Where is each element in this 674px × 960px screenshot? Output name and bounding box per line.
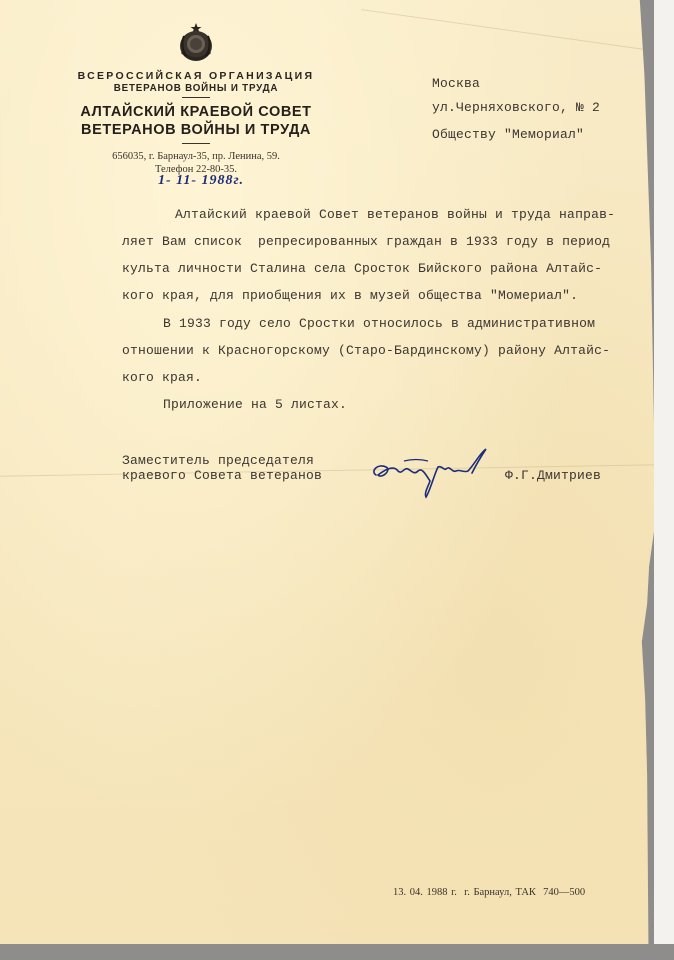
postal-address: 656035, г. Барнаул-35, пр. Ленина, 59.	[60, 150, 332, 163]
signatory-title-line2: краевого Совета ветеранов	[122, 468, 322, 483]
council-name: АЛТАЙСКИЙ КРАЕВОЙ СОВЕТ ВЕТЕРАНОВ ВОЙНЫ …	[60, 103, 332, 139]
recipient-city: Москва	[432, 76, 480, 91]
signatory-title: Заместитель председателя краевого Совета…	[122, 453, 322, 483]
council-name-line1: АЛТАЙСКИЙ КРАЕВОЙ СОВЕТ	[60, 103, 332, 121]
divider	[182, 97, 210, 98]
document-page: ВСЕРОССИЙСКАЯ ОРГАНИЗАЦИЯ ВЕТЕРАНОВ ВОЙН…	[0, 0, 663, 944]
scan-margin	[654, 0, 674, 944]
body-line: Алтайский краевой Совет ветеранов войны …	[175, 207, 615, 222]
divider	[182, 143, 210, 144]
body-line: кого края, для приобщения их в музей общ…	[122, 288, 578, 303]
signatory-name: Ф.Г.Дмитриев	[505, 468, 601, 483]
handwritten-signature-icon	[368, 445, 493, 500]
organization-name: ВСЕРОССИЙСКАЯ ОРГАНИЗАЦИЯ	[60, 70, 332, 82]
signatory-title-line1: Заместитель председателя	[122, 453, 322, 468]
body-line: кого края.	[122, 370, 202, 385]
body-line: культа личности Сталина села Сросток Бий…	[122, 261, 602, 276]
ussr-state-emblem-icon	[176, 22, 216, 66]
recipient-street: ул.Черняховского, № 2	[432, 100, 600, 115]
council-name-line2: ВЕТЕРАНОВ ВОЙНЫ И ТРУДА	[60, 121, 332, 139]
body-line: В 1933 году село Сростки относилось в ад…	[163, 316, 595, 331]
body-line: отношении к Красногорскому (Старо-Бардин…	[122, 343, 610, 358]
attachment-note: Приложение на 5 листах.	[163, 397, 347, 412]
handwritten-date: 1- 11- 1988г.	[158, 173, 244, 189]
paper-crease	[361, 9, 658, 52]
print-info: 13. 04. 1988 г. г. Барнаул, ТАК 740—500	[393, 887, 585, 898]
recipient-addressee: Обществу "Мемориал"	[432, 127, 584, 142]
body-line: ляет Вам список репресированных граждан …	[122, 234, 610, 249]
organization-subtitle: ВЕТЕРАНОВ ВОЙНЫ И ТРУДА	[60, 83, 332, 94]
